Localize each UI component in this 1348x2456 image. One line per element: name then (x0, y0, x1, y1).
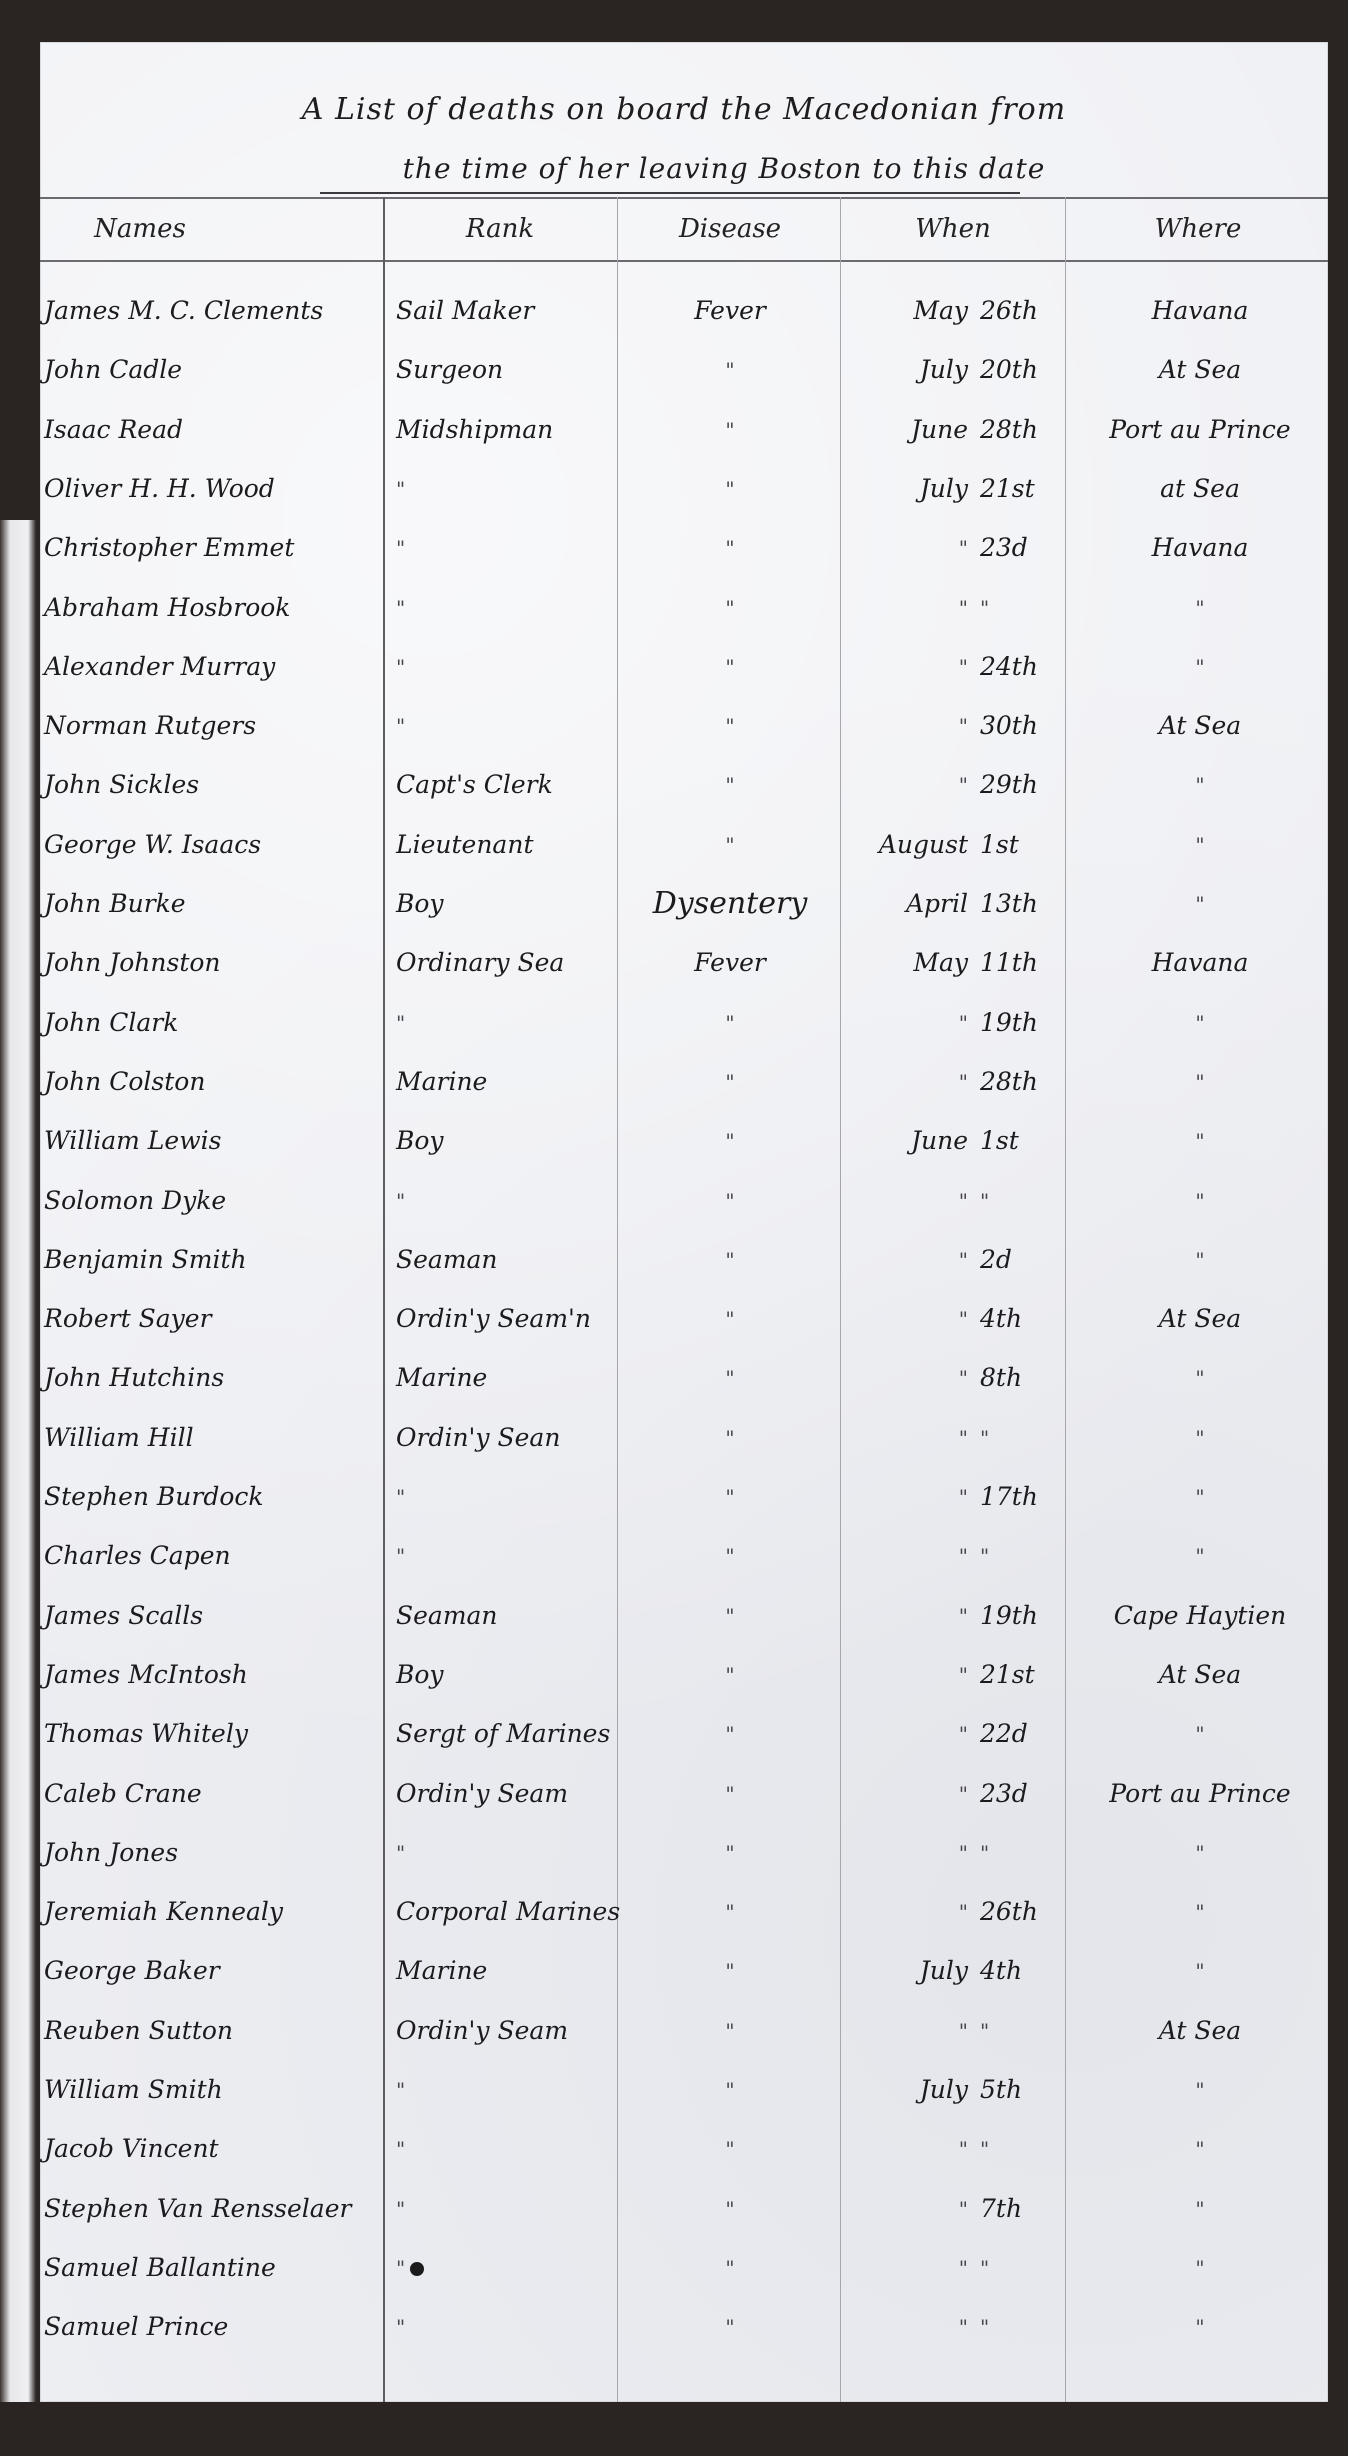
photo-frame-bottom (0, 2402, 1348, 2456)
month-cell: June (848, 1112, 968, 1170)
rank-cell: Seaman (396, 1231, 616, 1289)
rank-cell: " (396, 519, 616, 577)
disease-cell: " (620, 401, 840, 459)
disease-cell: " (620, 1942, 840, 2000)
rank-cell: Ordin'y Seam (396, 1765, 616, 1823)
where-cell: Port au Prince (1080, 1765, 1320, 1823)
rank-cell: " (396, 579, 616, 637)
name-cell: John Jones (40, 1824, 384, 1882)
table-row: John BurkeBoyDysenteryApril13th" (40, 875, 1328, 933)
month-cell: " (848, 1468, 968, 1526)
where-cell: Havana (1080, 934, 1320, 992)
column-header-rank: Rank (385, 204, 615, 254)
month-cell: June (848, 401, 968, 459)
day-cell: 30th (980, 697, 1060, 755)
name-cell: William Smith (40, 2061, 384, 2119)
month-cell: July (848, 1942, 968, 2000)
name-cell: John Burke (40, 875, 384, 933)
name-cell: Stephen Van Rensselaer (40, 2180, 384, 2238)
day-cell: 21st (980, 460, 1060, 518)
name-cell: Solomon Dyke (40, 1172, 384, 1230)
day-cell: 8th (980, 1349, 1060, 1407)
name-cell: Charles Capen (40, 1527, 384, 1585)
disease-cell: " (620, 1824, 840, 1882)
document-title-line-1: A List of deaths on board the Macedonian… (40, 92, 1328, 127)
disease-cell: " (620, 1587, 840, 1645)
document-title-line-2: the time of her leaving Boston to this d… (40, 152, 1348, 185)
rank-cell: Boy (396, 1646, 616, 1704)
month-cell: " (848, 1646, 968, 1704)
name-cell: William Lewis (40, 1112, 384, 1170)
disease-cell: " (620, 2002, 840, 2060)
where-cell: " (1080, 1409, 1320, 1467)
name-cell: George Baker (40, 1942, 384, 2000)
month-cell: " (848, 1765, 968, 1823)
day-cell: " (980, 579, 1060, 637)
day-cell: 7th (980, 2180, 1060, 2238)
rank-cell: Corporal Marines (396, 1883, 616, 1941)
day-cell: 5th (980, 2061, 1060, 2119)
day-cell: 11th (980, 934, 1060, 992)
ink-blot (410, 2262, 424, 2276)
rank-cell: Lieutenant (396, 816, 616, 874)
day-cell: 13th (980, 875, 1060, 933)
where-cell: " (1080, 1942, 1320, 2000)
table-row: Caleb CraneOrdin'y Seam""23dPort au Prin… (40, 1765, 1328, 1823)
name-cell: Abraham Hosbrook (40, 579, 384, 637)
month-cell: " (848, 2239, 968, 2297)
month-cell: " (848, 1053, 968, 1111)
disease-cell: " (620, 1646, 840, 1704)
rank-cell: Boy (396, 875, 616, 933)
day-cell: 23d (980, 519, 1060, 577)
where-cell: Havana (1080, 519, 1320, 577)
month-cell: " (848, 1231, 968, 1289)
name-cell: Christopher Emmet (40, 519, 384, 577)
table-row: Jacob Vincent""""" (40, 2120, 1328, 2178)
day-cell: 21st (980, 1646, 1060, 1704)
disease-cell: " (620, 2180, 840, 2238)
disease-cell: " (620, 1705, 840, 1763)
rank-cell: " (396, 697, 616, 755)
day-cell: 29th (980, 756, 1060, 814)
where-cell: At Sea (1080, 697, 1320, 755)
month-cell: " (848, 1172, 968, 1230)
day-cell: " (980, 2002, 1060, 2060)
month-cell: " (848, 638, 968, 696)
table-row: George BakerMarine"July4th" (40, 1942, 1328, 2000)
name-cell: Alexander Murray (40, 638, 384, 696)
month-cell: May (848, 282, 968, 340)
month-cell: " (848, 1349, 968, 1407)
disease-cell: " (620, 1409, 840, 1467)
where-cell: " (1080, 638, 1320, 696)
table-row: Benjamin SmithSeaman""2d" (40, 1231, 1328, 1289)
where-cell: " (1080, 1112, 1320, 1170)
disease-cell: " (620, 1231, 840, 1289)
month-cell: " (848, 2120, 968, 2178)
rank-cell: " (396, 1527, 616, 1585)
month-cell: " (848, 994, 968, 1052)
table-row: John Clark"""19th" (40, 994, 1328, 1052)
table-row: James M. C. ClementsSail MakerFeverMay26… (40, 282, 1328, 340)
name-cell: William Hill (40, 1409, 384, 1467)
day-cell: 22d (980, 1705, 1060, 1763)
month-cell: " (848, 1883, 968, 1941)
day-cell: 28th (980, 1053, 1060, 1111)
month-cell: " (848, 1824, 968, 1882)
disease-cell: " (620, 579, 840, 637)
table-row: Alexander Murray"""24th" (40, 638, 1328, 696)
day-cell: " (980, 1172, 1060, 1230)
table-row: William HillOrdin'y Sean"""" (40, 1409, 1328, 1467)
rank-cell: Capt's Clerk (396, 756, 616, 814)
rank-cell: " (396, 1824, 616, 1882)
day-cell: 20th (980, 341, 1060, 399)
disease-cell: " (620, 2239, 840, 2297)
where-cell: " (1080, 875, 1320, 933)
month-cell: " (848, 1527, 968, 1585)
disease-cell: " (620, 1468, 840, 1526)
disease-cell: " (620, 638, 840, 696)
day-cell: 28th (980, 401, 1060, 459)
where-cell: " (1080, 1468, 1320, 1526)
name-cell: James McIntosh (40, 1646, 384, 1704)
table-row: Robert SayerOrdin'y Seam'n""4thAt Sea (40, 1290, 1328, 1348)
month-cell: " (848, 1705, 968, 1763)
day-cell: " (980, 1824, 1060, 1882)
name-cell: James M. C. Clements (40, 282, 384, 340)
disease-cell: Dysentery (620, 875, 840, 933)
table-row: Christopher Emmet"""23dHavana (40, 519, 1328, 577)
where-cell: " (1080, 1349, 1320, 1407)
rank-cell: " (396, 460, 616, 518)
day-cell: 26th (980, 282, 1060, 340)
rank-cell: Sail Maker (396, 282, 616, 340)
table-row: Stephen Van Rensselaer"""7th" (40, 2180, 1328, 2238)
day-cell: 24th (980, 638, 1060, 696)
name-cell: John Clark (40, 994, 384, 1052)
disease-cell: " (620, 994, 840, 1052)
rank-cell: Ordin'y Sean (396, 1409, 616, 1467)
rank-cell: Marine (396, 1942, 616, 2000)
rank-cell: " (396, 2120, 616, 2178)
disease-cell: " (620, 2061, 840, 2119)
where-cell: " (1080, 1172, 1320, 1230)
name-cell: John Johnston (40, 934, 384, 992)
rank-cell: Ordinary Sea (396, 934, 616, 992)
table-row: Stephen Burdock"""17th" (40, 1468, 1328, 1526)
name-cell: Reuben Sutton (40, 2002, 384, 2060)
rank-cell: " (396, 2061, 616, 2119)
table-row: Isaac ReadMidshipman"June28thPort au Pri… (40, 401, 1328, 459)
name-cell: Jeremiah Kennealy (40, 1883, 384, 1941)
disease-cell: " (620, 1172, 840, 1230)
day-cell: 23d (980, 1765, 1060, 1823)
name-cell: Stephen Burdock (40, 1468, 384, 1526)
name-cell: Oliver H. H. Wood (40, 460, 384, 518)
day-cell: " (980, 2120, 1060, 2178)
table-row: Solomon Dyke""""" (40, 1172, 1328, 1230)
table-row: John ColstonMarine""28th" (40, 1053, 1328, 1111)
where-cell: " (1080, 1527, 1320, 1585)
header-bottom-rule (40, 260, 1328, 262)
name-cell: Jacob Vincent (40, 2120, 384, 2178)
day-cell: 19th (980, 1587, 1060, 1645)
column-header-where: Where (1068, 204, 1328, 254)
where-cell: Cape Haytien (1080, 1587, 1320, 1645)
day-cell: 19th (980, 994, 1060, 1052)
disease-cell: " (620, 460, 840, 518)
table-top-rule (40, 197, 1328, 199)
day-cell: " (980, 1527, 1060, 1585)
name-cell: Samuel Ballantine (40, 2239, 384, 2297)
name-cell: Benjamin Smith (40, 1231, 384, 1289)
table-row: John Jones""""" (40, 1824, 1328, 1882)
name-cell: Isaac Read (40, 401, 384, 459)
month-cell: August (848, 816, 968, 874)
table-row: John CadleSurgeon"July20thAt Sea (40, 341, 1328, 399)
table-row: William Smith""July5th" (40, 2061, 1328, 2119)
column-header-disease: Disease (620, 204, 840, 254)
disease-cell: " (620, 816, 840, 874)
rank-cell: Seaman (396, 1587, 616, 1645)
where-cell: At Sea (1080, 1646, 1320, 1704)
rank-cell: Surgeon (396, 341, 616, 399)
day-cell: 26th (980, 1883, 1060, 1941)
disease-cell: " (620, 1290, 840, 1348)
month-cell: April (848, 875, 968, 933)
where-cell: At Sea (1080, 341, 1320, 399)
day-cell: 4th (980, 1942, 1060, 2000)
table-row: Reuben SuttonOrdin'y Seam"""At Sea (40, 2002, 1328, 2060)
name-cell: Samuel Prince (40, 2298, 384, 2356)
month-cell: July (848, 460, 968, 518)
rank-cell: Marine (396, 1053, 616, 1111)
month-cell: " (848, 697, 968, 755)
where-cell: " (1080, 1053, 1320, 1111)
month-cell: " (848, 2180, 968, 2238)
where-cell: " (1080, 2180, 1320, 2238)
rank-cell: Marine (396, 1349, 616, 1407)
disease-cell: " (620, 1053, 840, 1111)
disease-cell: " (620, 1883, 840, 1941)
table-row: Oliver H. H. Wood""July21stat Sea (40, 460, 1328, 518)
rank-cell: Boy (396, 1112, 616, 1170)
rank-cell: " (396, 2180, 616, 2238)
name-cell: John Colston (40, 1053, 384, 1111)
name-cell: Caleb Crane (40, 1765, 384, 1823)
disease-cell: " (620, 1112, 840, 1170)
table-row: Samuel Prince""""" (40, 2298, 1328, 2356)
where-cell: " (1080, 994, 1320, 1052)
table-row: John SicklesCapt's Clerk""29th" (40, 756, 1328, 814)
day-cell: 2d (980, 1231, 1060, 1289)
where-cell: " (1080, 2061, 1320, 2119)
name-cell: Norman Rutgers (40, 697, 384, 755)
month-cell: " (848, 1290, 968, 1348)
month-cell: July (848, 341, 968, 399)
day-cell: 1st (980, 1112, 1060, 1170)
where-cell: At Sea (1080, 1290, 1320, 1348)
table-row: Norman Rutgers"""30thAt Sea (40, 697, 1328, 755)
day-cell: 1st (980, 816, 1060, 874)
where-cell: At Sea (1080, 2002, 1320, 2060)
rank-cell: Sergt of Marines (396, 1705, 616, 1763)
disease-cell: " (620, 2298, 840, 2356)
day-cell: " (980, 1409, 1060, 1467)
table-row: George W. IsaacsLieutenant"August1st" (40, 816, 1328, 874)
table-row: James ScallsSeaman""19thCape Haytien (40, 1587, 1328, 1645)
rank-cell: " (396, 2239, 616, 2297)
where-cell: " (1080, 579, 1320, 637)
where-cell: " (1080, 1231, 1320, 1289)
month-cell: " (848, 1409, 968, 1467)
where-cell: " (1080, 816, 1320, 874)
month-cell: May (848, 934, 968, 992)
where-cell: " (1080, 2120, 1320, 2178)
name-cell: George W. Isaacs (40, 816, 384, 874)
disease-cell: " (620, 697, 840, 755)
month-cell: " (848, 756, 968, 814)
table-row: James McIntoshBoy""21stAt Sea (40, 1646, 1328, 1704)
table-row: Jeremiah KennealyCorporal Marines""26th" (40, 1883, 1328, 1941)
where-cell: " (1080, 1824, 1320, 1882)
where-cell: Havana (1080, 282, 1320, 340)
day-cell: " (980, 2239, 1060, 2297)
rank-cell: Ordin'y Seam'n (396, 1290, 616, 1348)
rank-cell: " (396, 2298, 616, 2356)
month-cell: " (848, 2298, 968, 2356)
table-row: John JohnstonOrdinary SeaFeverMay11thHav… (40, 934, 1328, 992)
where-cell: " (1080, 2298, 1320, 2356)
disease-cell: " (620, 1527, 840, 1585)
name-cell: James Scalls (40, 1587, 384, 1645)
rank-cell: Ordin'y Seam (396, 2002, 616, 2060)
table-row: Thomas WhitelySergt of Marines""22d" (40, 1705, 1328, 1763)
disease-cell: " (620, 756, 840, 814)
name-cell: John Sickles (40, 756, 384, 814)
month-cell: " (848, 1587, 968, 1645)
disease-cell: " (620, 1349, 840, 1407)
rank-cell: " (396, 638, 616, 696)
table-row: Abraham Hosbrook""""" (40, 579, 1328, 637)
disease-cell: " (620, 1765, 840, 1823)
title-underline (320, 192, 1020, 194)
month-cell: " (848, 519, 968, 577)
where-cell: " (1080, 1883, 1320, 1941)
table-row: Charles Capen""""" (40, 1527, 1328, 1585)
disease-cell: " (620, 519, 840, 577)
column-header-when: When (843, 204, 1063, 254)
where-cell: " (1080, 756, 1320, 814)
name-cell: Thomas Whitely (40, 1705, 384, 1763)
disease-cell: " (620, 341, 840, 399)
column-header-names: Names (40, 204, 240, 254)
where-cell: Port au Prince (1080, 401, 1320, 459)
month-cell: " (848, 579, 968, 637)
disease-cell: Fever (620, 934, 840, 992)
rank-cell: " (396, 994, 616, 1052)
day-cell: 4th (980, 1290, 1060, 1348)
name-cell: John Cadle (40, 341, 384, 399)
rank-cell: " (396, 1172, 616, 1230)
day-cell: 17th (980, 1468, 1060, 1526)
day-cell: " (980, 2298, 1060, 2356)
month-cell: July (848, 2061, 968, 2119)
name-cell: John Hutchins (40, 1349, 384, 1407)
rank-cell: " (396, 1468, 616, 1526)
name-cell: Robert Sayer (40, 1290, 384, 1348)
rank-cell: Midshipman (396, 401, 616, 459)
table-row: William LewisBoy"June1st" (40, 1112, 1328, 1170)
table-row: John HutchinsMarine""8th" (40, 1349, 1328, 1407)
where-cell: " (1080, 1705, 1320, 1763)
month-cell: " (848, 2002, 968, 2060)
where-cell: " (1080, 2239, 1320, 2297)
where-cell: at Sea (1080, 460, 1320, 518)
table-row: Samuel Ballantine""""" (40, 2239, 1328, 2297)
ledger-page: A List of deaths on board the Macedonian… (40, 42, 1328, 2402)
disease-cell: Fever (620, 282, 840, 340)
disease-cell: " (620, 2120, 840, 2178)
